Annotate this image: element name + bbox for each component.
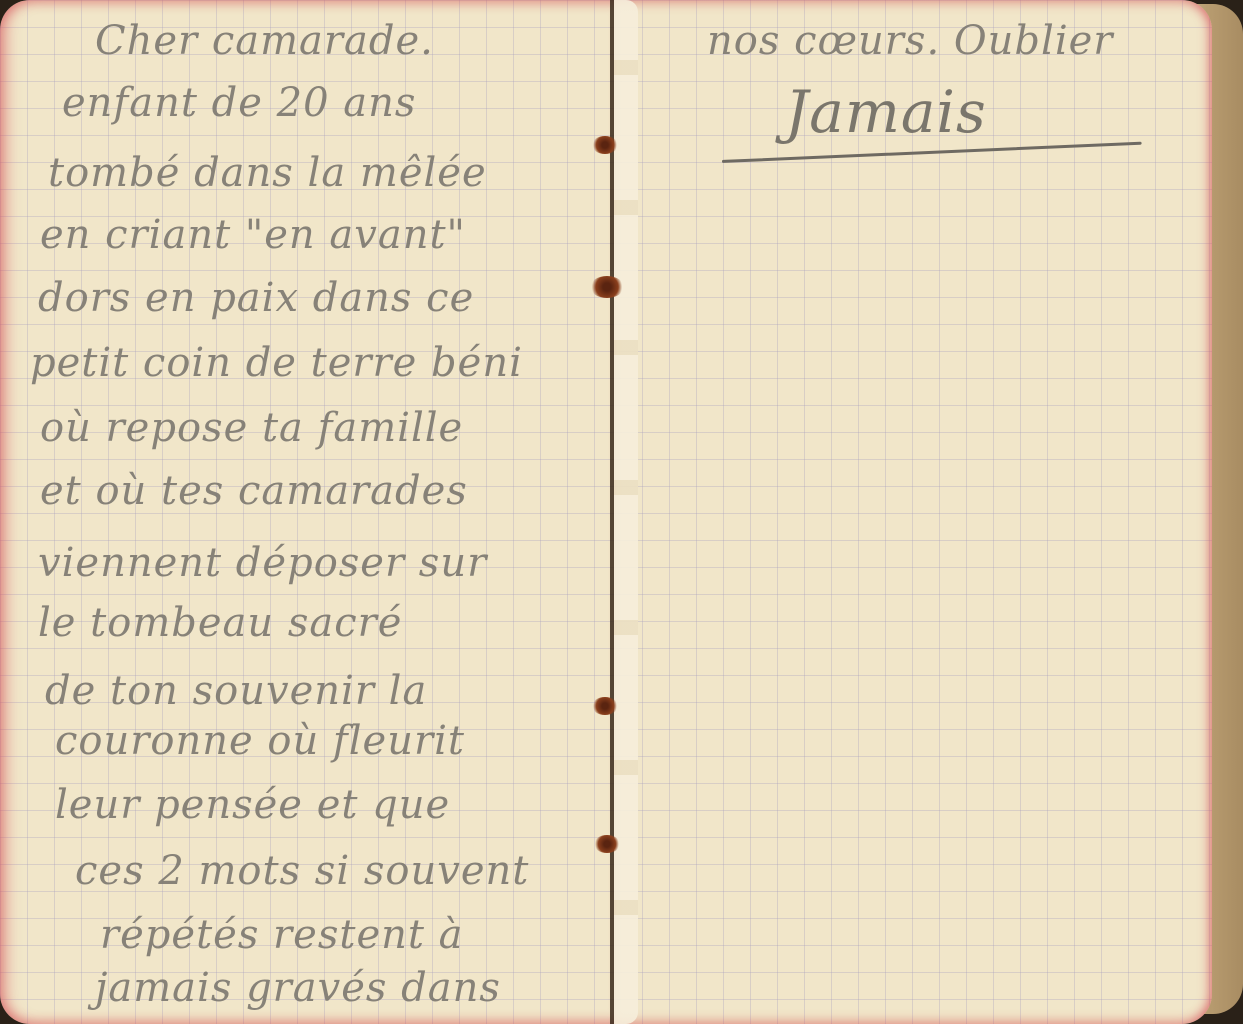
rust-staple-stain (592, 697, 618, 715)
handwritten-line: répétés restent à (100, 912, 464, 958)
handwritten-line: viennent déposer sur (38, 540, 487, 586)
left-page: Cher camarade. enfant de 20 ans tombé da… (0, 0, 615, 1024)
handwritten-line: en criant "en avant" (40, 212, 466, 258)
handwritten-line: petit coin de terre béni (30, 340, 523, 386)
torn-page-edge (614, 0, 638, 1024)
handwritten-line: enfant de 20 ans (62, 80, 416, 126)
handwritten-signature-word: Jamais (785, 78, 987, 146)
handwritten-line: le tombeau sacré (38, 600, 402, 646)
notebook: Cher camarade. enfant de 20 ans tombé da… (0, 0, 1243, 1024)
handwritten-line: tombé dans la mêlée (48, 150, 487, 196)
handwritten-line: couronne où fleurit (55, 718, 465, 764)
handwritten-line: de ton souvenir la (45, 668, 427, 714)
handwritten-line: leur pensée et que (55, 782, 450, 828)
rust-staple-stain (592, 136, 618, 154)
handwritten-line: ces 2 mots si souvent (75, 848, 529, 894)
handwritten-line: nos cœurs. Oublier (707, 18, 1113, 64)
handwritten-line: dors en paix dans ce (38, 275, 474, 321)
handwritten-line: jamais gravés dans (95, 965, 501, 1011)
handwritten-line: et où tes camarades (40, 468, 468, 514)
rust-staple-stain (590, 276, 624, 298)
rust-staple-stain (594, 835, 620, 853)
handwritten-line: Cher camarade. (95, 18, 434, 64)
handwritten-line: où repose ta famille (40, 405, 463, 451)
